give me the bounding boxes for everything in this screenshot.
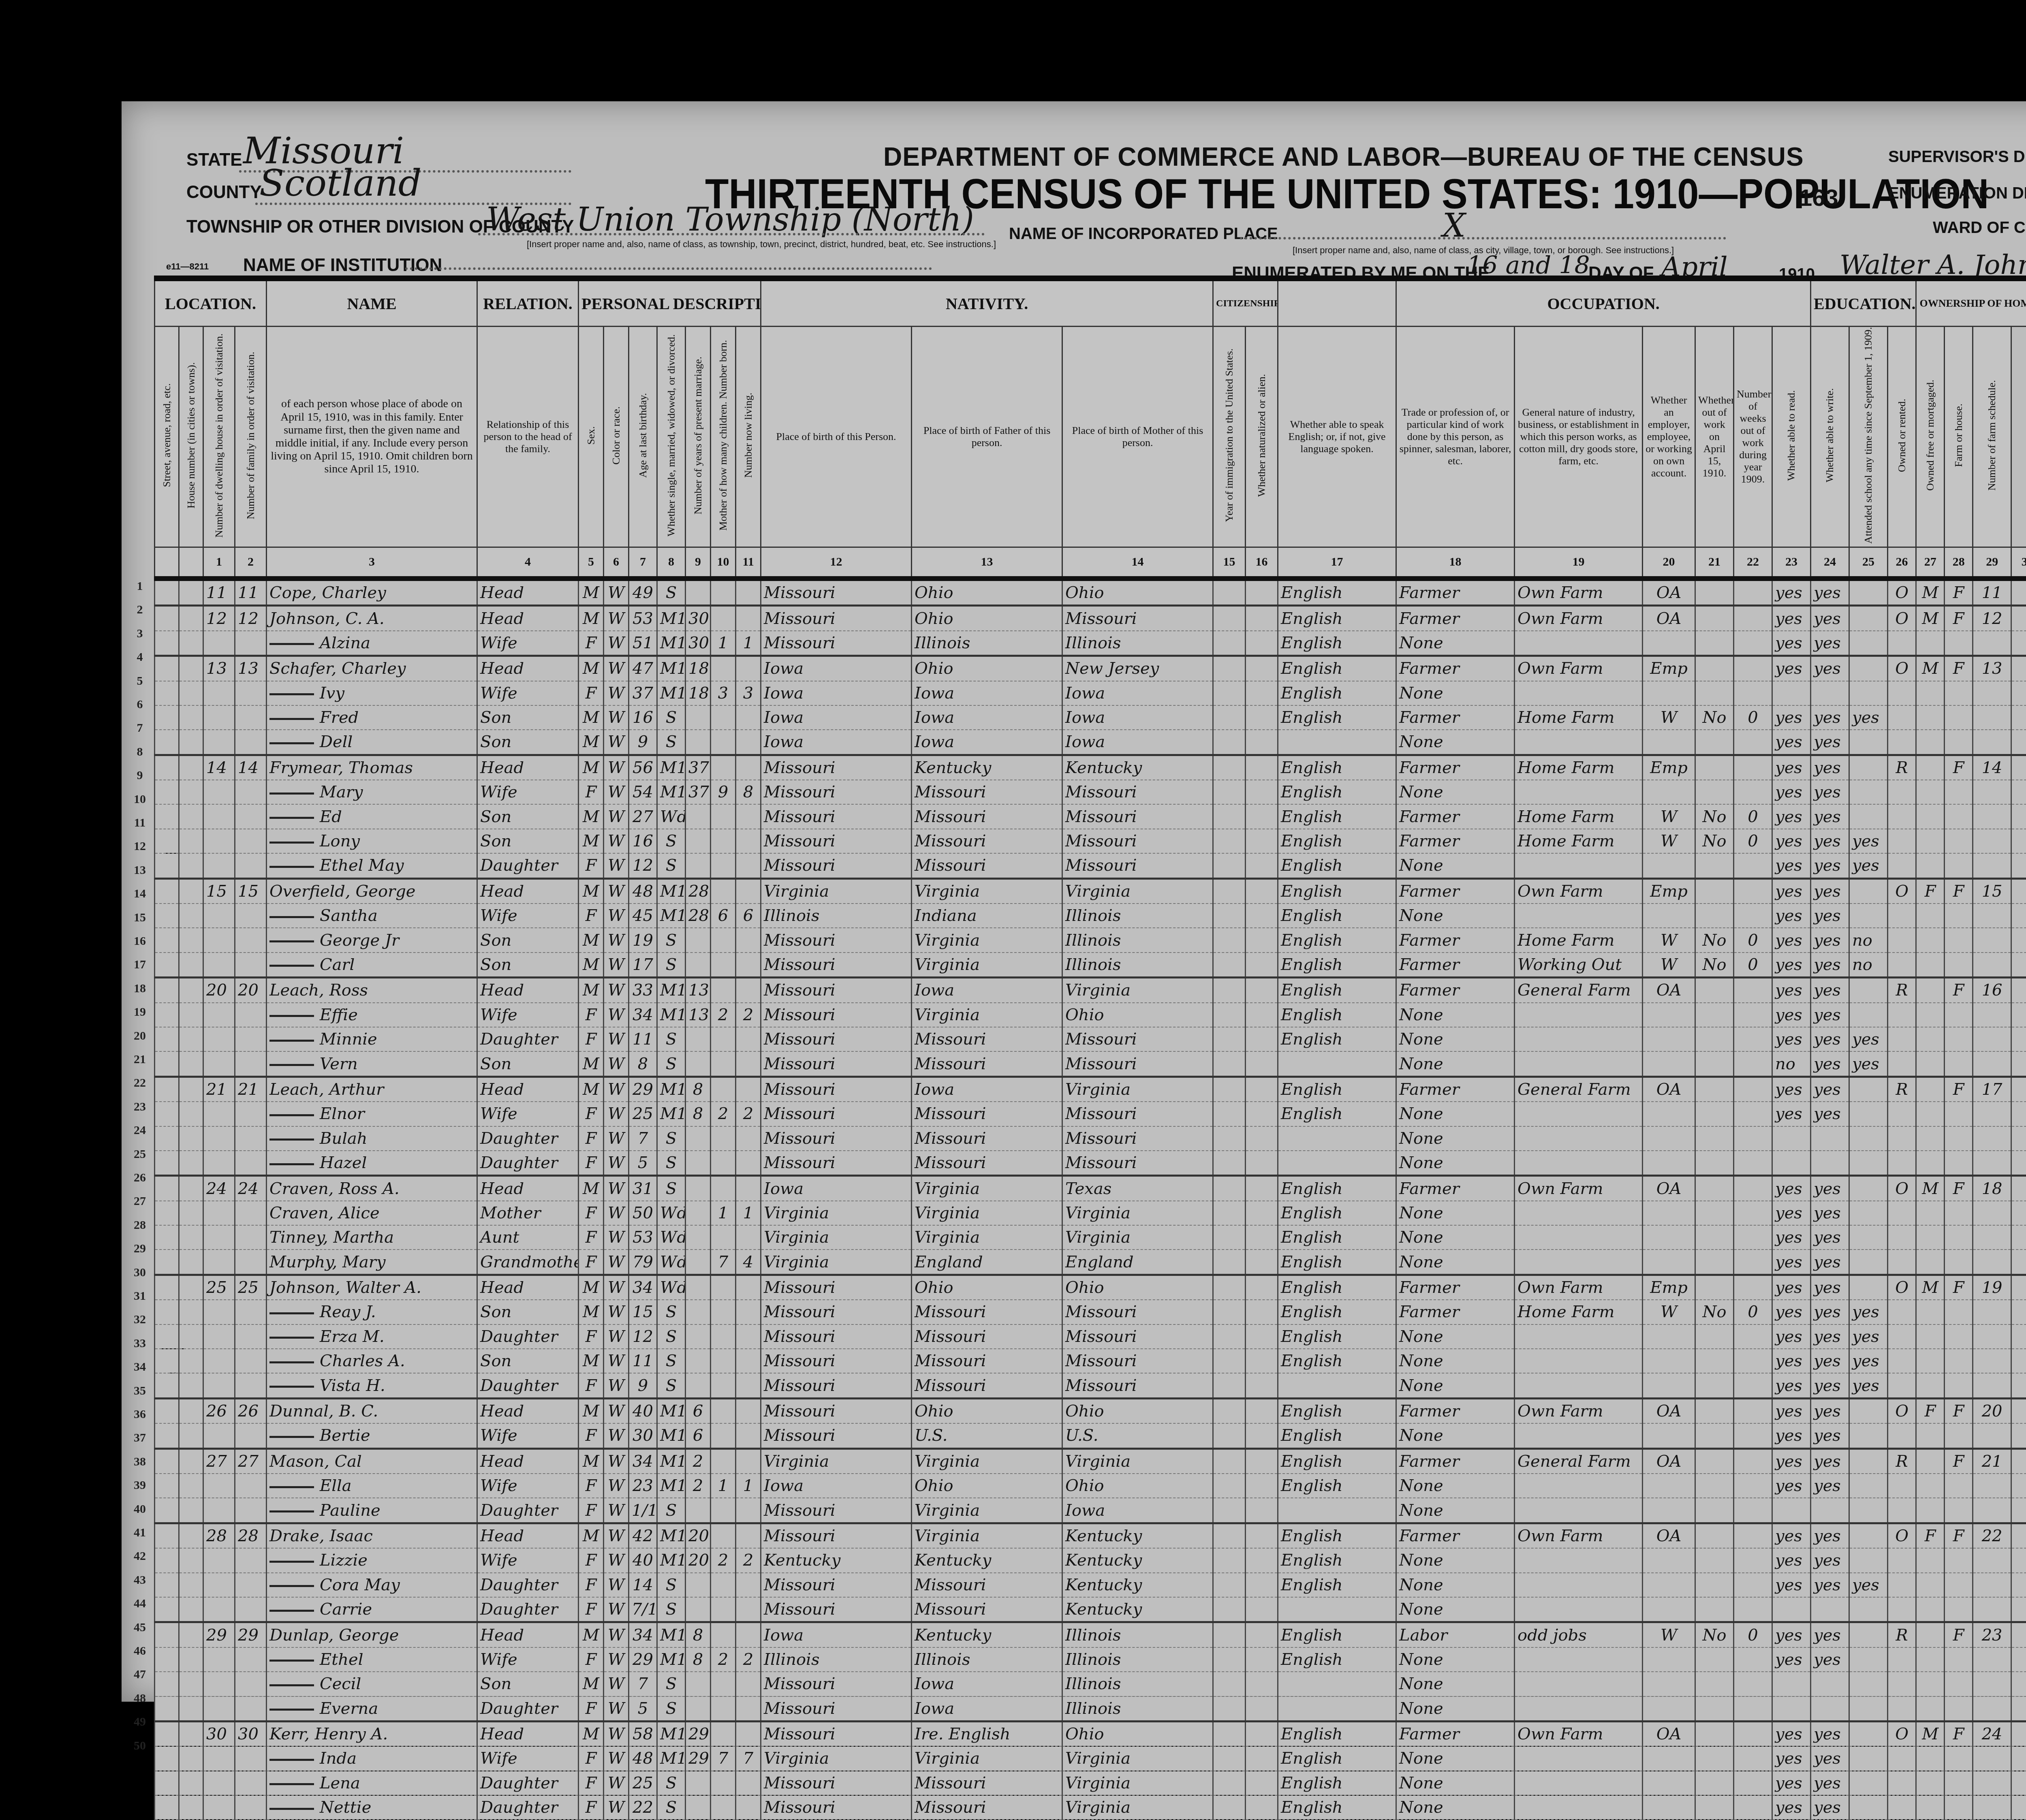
attended-school-cell [1849, 579, 1888, 606]
industry-cell: General Farm [1515, 1077, 1643, 1102]
birthplace-cell: Illinois [761, 904, 912, 928]
attended-school-cell: no [1849, 953, 1888, 978]
column-number-row: 1234567891011121314151617181920212223242… [155, 547, 2026, 579]
race-cell: W [604, 1448, 629, 1474]
marriage-years-cell: 20 [686, 1548, 711, 1572]
person-name-cell: Drake, Isaac [267, 1523, 477, 1548]
age-cell: 54 [629, 780, 657, 804]
sex-cell: F [579, 1027, 604, 1051]
can-read-cell: yes [1772, 606, 1811, 631]
marital-status-cell: M1 [657, 606, 686, 631]
column-number: 16 [1246, 547, 1278, 579]
marriage-years-cell [686, 1672, 711, 1696]
veteran-cell [2011, 829, 2026, 853]
naturalized-cell [1246, 1548, 1278, 1572]
employment-class-cell [1643, 1423, 1695, 1448]
marriage-years-cell [686, 1771, 711, 1773]
column-number: 24 [1811, 547, 1849, 579]
farm-schedule-cell [1973, 1003, 2011, 1027]
veteran-cell [2011, 631, 2026, 656]
farm-house-cell [1945, 853, 1973, 878]
given-name: Mary [320, 783, 363, 801]
line-number-left: 24 [128, 1124, 152, 1137]
house-number-cell [179, 853, 203, 878]
person-name-cell: Leach, Ross [267, 978, 477, 1003]
table-row: SanthaWifeFW45M12866IllinoisIndianaIllin… [155, 904, 2026, 928]
can-read-cell: yes [1772, 780, 1811, 804]
given-name: Ed [320, 807, 342, 826]
out-of-work-cell [1695, 1771, 1734, 1773]
father-birthplace-cell: Ire. English [912, 1721, 1062, 1746]
children-living-cell [736, 705, 761, 730]
veteran-cell [2011, 1051, 2026, 1077]
immigration-year-cell [1213, 1622, 1246, 1647]
attended-school-cell: yes [1849, 1051, 1888, 1077]
table-row: EthelWifeFW29M1822IllinoisIllinoisIllino… [155, 1647, 2026, 1672]
employment-class-cell [1643, 1102, 1695, 1126]
marriage-years-cell [686, 1250, 711, 1275]
age-cell: 49 [629, 579, 657, 606]
person-name-cell: Lizzie [267, 1548, 477, 1572]
group-citizenship: CITIZENSHIP. [1213, 278, 1278, 327]
person-name-cell: Frymear, Thomas [267, 755, 477, 780]
header-immigration: Year of immigration to the United States… [1213, 327, 1246, 547]
marriage-years-cell [686, 1027, 711, 1051]
weeks-out-cell [1734, 1126, 1772, 1151]
employment-class-cell: OA [1643, 1721, 1695, 1746]
header-pob-mother: Place of birth of Mother of this person. [1062, 327, 1213, 547]
naturalized-cell [1246, 1250, 1278, 1275]
age-cell: 7 [629, 1126, 657, 1151]
marriage-years-cell [686, 1201, 711, 1225]
out-of-work-cell [1695, 1027, 1734, 1051]
employment-class-cell [1643, 780, 1695, 804]
line-number-left: 20 [128, 1029, 152, 1043]
naturalized-cell [1246, 1771, 1278, 1773]
birthplace-cell: Missouri [761, 953, 912, 978]
can-read-cell: yes [1772, 1027, 1811, 1051]
weeks-out-cell [1734, 1448, 1772, 1474]
trade-cell: Farmer [1396, 953, 1515, 978]
column-number: 28 [1945, 547, 1973, 579]
relation-cell: Wife [477, 1548, 579, 1572]
veteran-cell [2011, 1349, 2026, 1373]
mother-birthplace-cell: Ohio [1062, 1003, 1213, 1027]
table-row: 2020Leach, RossHeadMW33M113MissouriIowaV… [155, 978, 2026, 1003]
trade-cell: None [1396, 631, 1515, 656]
immigration-year-cell [1213, 1448, 1246, 1474]
line-number-left: 21 [128, 1053, 152, 1066]
dwelling-number-cell: 28 [203, 1523, 235, 1548]
children-living-cell [736, 1622, 761, 1647]
age-cell: 7/12 [629, 1597, 657, 1622]
ward-label: WARD OF CITY [1933, 219, 2026, 237]
ditto-dash [269, 1064, 314, 1066]
given-name: Cora May [320, 1576, 400, 1594]
can-read-cell: yes [1772, 1622, 1811, 1647]
farm-schedule-cell: 14 [1973, 755, 2011, 780]
veteran-cell [2011, 1448, 2026, 1474]
given-name: Vern [320, 1055, 358, 1073]
house-number-cell [179, 1696, 203, 1722]
weeks-out-cell [1734, 1597, 1772, 1622]
street-cell [155, 853, 179, 878]
can-write-cell: yes [1811, 1373, 1849, 1398]
line-number-left: 34 [128, 1360, 152, 1374]
can-read-cell: yes [1772, 755, 1811, 780]
veteran-cell [2011, 1573, 2026, 1597]
farm-house-cell: F [1945, 579, 1973, 606]
house-number-cell [179, 1373, 203, 1398]
sex-cell: F [579, 1225, 604, 1250]
immigration-year-cell [1213, 656, 1246, 681]
trade-cell: None [1396, 1696, 1515, 1722]
speaks-english-cell: English [1278, 579, 1396, 606]
ditto-dash [269, 1585, 314, 1587]
age-cell: 17 [629, 953, 657, 978]
speaks-english-cell: English [1278, 705, 1396, 730]
can-read-cell: yes [1772, 1398, 1811, 1423]
trade-cell: None [1396, 1003, 1515, 1027]
out-of-work-cell [1695, 1250, 1734, 1275]
relation-cell: Head [477, 1077, 579, 1102]
naturalized-cell [1246, 1126, 1278, 1151]
free-mortgaged-cell: M [1916, 606, 1945, 631]
sex-cell: M [579, 656, 604, 681]
person-name-cell: Mary [267, 780, 477, 804]
relation-cell: Head [477, 878, 579, 904]
children-living-cell: 1 [736, 1474, 761, 1498]
can-write-cell [1811, 1126, 1849, 1151]
children-born-cell [711, 953, 736, 978]
race-cell: W [604, 1300, 629, 1324]
age-cell: 34 [629, 1003, 657, 1027]
children-born-cell: 7 [711, 1250, 736, 1275]
can-read-cell [1772, 1151, 1811, 1176]
given-name: Bertie [320, 1426, 370, 1445]
column-number: 27 [1916, 547, 1945, 579]
trade-cell: None [1396, 1027, 1515, 1051]
sex-cell: M [579, 606, 604, 631]
race-cell: W [604, 755, 629, 780]
age-cell: 40 [629, 1398, 657, 1423]
street-cell [155, 1647, 179, 1672]
relation-cell: Wife [477, 1474, 579, 1498]
age-cell: 25 [629, 1771, 657, 1773]
marriage-years-cell [686, 953, 711, 978]
race-cell: W [604, 579, 629, 606]
age-cell: 19 [629, 928, 657, 952]
farm-schedule-cell: 12 [1973, 606, 2011, 631]
age-cell: 9 [629, 1373, 657, 1398]
children-born-cell: 2 [711, 1647, 736, 1672]
industry-cell: Own Farm [1515, 606, 1643, 631]
race-cell: W [604, 1746, 629, 1771]
can-write-cell: yes [1811, 953, 1849, 978]
age-cell: 53 [629, 1225, 657, 1250]
race-cell: W [604, 1474, 629, 1498]
relation-cell: Daughter [477, 1696, 579, 1722]
owned-rented-cell [1888, 1373, 1916, 1398]
out-of-work-cell [1695, 1102, 1734, 1126]
speaks-english-cell [1278, 1597, 1396, 1622]
farm-house-cell [1945, 1548, 1973, 1572]
free-mortgaged-cell [1916, 1647, 1945, 1672]
marriage-years-cell: 30 [686, 631, 711, 656]
farm-schedule-cell: 17 [1973, 1077, 2011, 1102]
can-write-cell: yes [1811, 1474, 1849, 1498]
sex-cell: M [579, 1721, 604, 1746]
veteran-cell [2011, 1398, 2026, 1423]
birthplace-cell: Iowa [761, 681, 912, 705]
given-name: Pauline [320, 1501, 380, 1520]
veteran-cell [2011, 1647, 2026, 1672]
line-number-left: 13 [128, 863, 152, 877]
weeks-out-cell [1734, 1176, 1772, 1201]
mother-birthplace-cell: Iowa [1062, 730, 1213, 755]
marital-status-cell: S [657, 730, 686, 755]
can-read-cell [1772, 1672, 1811, 1696]
marital-status-cell: M1 [657, 780, 686, 804]
immigration-year-cell [1213, 606, 1246, 631]
farm-schedule-cell [1973, 904, 2011, 928]
street-cell [155, 1201, 179, 1225]
father-birthplace-cell: Iowa [912, 978, 1062, 1003]
immigration-year-cell [1213, 1300, 1246, 1324]
given-name: Everna [320, 1699, 378, 1718]
given-name: Lizzie [320, 1551, 368, 1570]
given-name: Lony [320, 832, 360, 850]
weeks-out-cell [1734, 656, 1772, 681]
immigration-year-cell [1213, 1176, 1246, 1201]
weeks-out-cell [1734, 1151, 1772, 1176]
attended-school-cell [1849, 1225, 1888, 1250]
speaks-english-cell: English [1278, 878, 1396, 904]
line-number-left: 6 [128, 698, 152, 711]
free-mortgaged-cell [1916, 1622, 1945, 1647]
marital-status-cell: Wd [657, 1201, 686, 1225]
trade-cell: Farmer [1396, 829, 1515, 853]
free-mortgaged-cell: M [1916, 1275, 1945, 1300]
table-row: DellSonMW9SIowaIowaIowaNoneyesyes [155, 730, 2026, 755]
relation-cell: Head [477, 978, 579, 1003]
farm-schedule-cell [1973, 1324, 2011, 1349]
line-number-left: 8 [128, 745, 152, 759]
naturalized-cell [1246, 1696, 1278, 1722]
age-cell: 58 [629, 1721, 657, 1746]
house-number-cell [179, 1672, 203, 1696]
age-cell: 14 [629, 1573, 657, 1597]
street-cell [155, 1051, 179, 1077]
naturalized-cell [1246, 681, 1278, 705]
speaks-english-cell [1278, 730, 1396, 755]
marital-status-cell: S [657, 1373, 686, 1398]
can-write-cell: yes [1811, 705, 1849, 730]
can-write-cell: yes [1811, 579, 1849, 606]
birthplace-cell: Missouri [761, 1077, 912, 1102]
naturalized-cell [1246, 1398, 1278, 1423]
birthplace-cell: Virginia [761, 1250, 912, 1275]
race-cell: W [604, 656, 629, 681]
out-of-work-cell [1695, 1003, 1734, 1027]
street-cell [155, 829, 179, 853]
veteran-cell [2011, 804, 2026, 829]
house-number-cell [179, 1448, 203, 1474]
farm-house-cell: F [1945, 755, 1973, 780]
marital-status-cell: S [657, 953, 686, 978]
family-number-cell [235, 1027, 267, 1051]
relation-cell: Head [477, 656, 579, 681]
owned-rented-cell [1888, 1225, 1916, 1250]
employment-class-cell [1643, 1051, 1695, 1077]
free-mortgaged-cell [1916, 1225, 1945, 1250]
marriage-years-cell [686, 853, 711, 878]
mother-birthplace-cell: Illinois [1062, 904, 1213, 928]
ditto-dash [269, 842, 314, 844]
veteran-cell [2011, 1746, 2026, 1771]
veteran-cell [2011, 681, 2026, 705]
speaks-english-cell: English [1278, 1474, 1396, 1498]
mother-birthplace-cell: Ohio [1062, 1721, 1213, 1746]
out-of-work-cell [1695, 904, 1734, 928]
farm-schedule-cell [1973, 829, 2011, 853]
dwelling-number-cell [203, 1151, 235, 1176]
marriage-years-cell [686, 1373, 711, 1398]
marital-status-cell: M1 [657, 1077, 686, 1102]
farm-schedule-cell [1973, 1696, 2011, 1722]
person-name-cell: Johnson, C. A. [267, 606, 477, 631]
age-cell: 34 [629, 1448, 657, 1474]
weeks-out-cell [1734, 1250, 1772, 1275]
marital-status-cell: M1 [657, 681, 686, 705]
house-number-cell [179, 1250, 203, 1275]
street-cell [155, 1003, 179, 1027]
given-name: Santha [320, 906, 378, 925]
race-cell: W [604, 1498, 629, 1523]
family-number-cell: 11 [235, 579, 267, 606]
race-cell: W [604, 953, 629, 978]
marital-status-cell: S [657, 1151, 686, 1176]
table-row: Murphy, MaryGrandmotherFW79Wd74VirginiaE… [155, 1250, 2026, 1275]
sex-cell: F [579, 1696, 604, 1722]
house-number-cell [179, 1474, 203, 1498]
employment-class-cell [1643, 1548, 1695, 1572]
marital-status-cell: M1 [657, 1647, 686, 1672]
weeks-out-cell [1734, 1647, 1772, 1672]
marriage-years-cell: 2 [686, 1448, 711, 1474]
ditto-dash [269, 718, 314, 720]
relation-cell: Daughter [477, 853, 579, 878]
family-number-cell: 20 [235, 978, 267, 1003]
naturalized-cell [1246, 1027, 1278, 1051]
relation-cell: Wife [477, 1746, 579, 1771]
attended-school-cell: yes [1849, 1027, 1888, 1051]
free-mortgaged-cell [1916, 1696, 1945, 1722]
farm-schedule-cell [1973, 1573, 2011, 1597]
marital-status-cell: S [657, 829, 686, 853]
owned-rented-cell: O [1888, 1721, 1916, 1746]
children-living-cell: 7 [736, 1746, 761, 1771]
children-born-cell [711, 804, 736, 829]
farm-schedule-cell [1973, 1597, 2011, 1622]
farm-house-cell [1945, 1573, 1973, 1597]
industry-cell [1515, 1102, 1643, 1126]
person-name-cell: Fred [267, 705, 477, 730]
farm-house-cell [1945, 1102, 1973, 1126]
street-cell [155, 1474, 179, 1498]
marriage-years-cell [686, 1324, 711, 1349]
can-write-cell: yes [1811, 978, 1849, 1003]
family-number-cell [235, 1573, 267, 1597]
family-number-cell [235, 681, 267, 705]
free-mortgaged-cell [1916, 1324, 1945, 1349]
line-number-left: 36 [128, 1408, 152, 1421]
children-born-cell [711, 1672, 736, 1696]
table-row: 2121Leach, ArthurHeadMW29M18MissouriIowa… [155, 1077, 2026, 1102]
can-write-cell: yes [1811, 1027, 1849, 1051]
weeks-out-cell [1734, 1077, 1772, 1102]
trade-cell: Farmer [1396, 804, 1515, 829]
person-name-cell: Dell [267, 730, 477, 755]
out-of-work-cell: No [1695, 705, 1734, 730]
employment-class-cell [1643, 1672, 1695, 1696]
industry-cell: Home Farm [1515, 755, 1643, 780]
speaks-english-cell: English [1278, 978, 1396, 1003]
speaks-english-cell: English [1278, 1573, 1396, 1597]
industry-cell: Own Farm [1515, 1398, 1643, 1423]
birthplace-cell: Illinois [761, 1647, 912, 1672]
family-number-cell: 27 [235, 1448, 267, 1474]
free-mortgaged-cell [1916, 681, 1945, 705]
column-number: 21 [1695, 547, 1734, 579]
father-birthplace-cell: Ohio [912, 579, 1062, 606]
industry-cell [1515, 1126, 1643, 1151]
table-row: LonySonMW16SMissouriMissouriMissouriEngl… [155, 829, 2026, 853]
mother-birthplace-cell: Illinois [1062, 928, 1213, 952]
dwelling-number-cell [203, 730, 235, 755]
industry-cell [1515, 1250, 1643, 1275]
farm-schedule-cell [1973, 1474, 2011, 1498]
dwelling-number-cell [203, 1373, 235, 1398]
children-living-cell [736, 1523, 761, 1548]
children-living-cell: 1 [736, 631, 761, 656]
dwelling-number-cell [203, 1027, 235, 1051]
family-number-cell [235, 1324, 267, 1349]
trade-cell: None [1396, 1746, 1515, 1771]
trade-cell: None [1396, 1324, 1515, 1349]
marital-status-cell: M1 [657, 878, 686, 904]
race-cell: W [604, 928, 629, 952]
race-cell: W [604, 1102, 629, 1126]
sex-cell: M [579, 829, 604, 853]
free-mortgaged-cell: F [1916, 1523, 1945, 1548]
street-cell [155, 1151, 179, 1176]
birthplace-cell: Missouri [761, 804, 912, 829]
can-read-cell: yes [1772, 1300, 1811, 1324]
street-cell [155, 1423, 179, 1448]
free-mortgaged-cell [1916, 1201, 1945, 1225]
column-number: 26 [1888, 547, 1916, 579]
owned-rented-cell [1888, 1474, 1916, 1498]
house-number-cell [179, 606, 203, 631]
out-of-work-cell [1695, 1176, 1734, 1201]
attended-school-cell [1849, 1523, 1888, 1548]
immigration-year-cell [1213, 1548, 1246, 1572]
out-of-work-cell: No [1695, 928, 1734, 952]
weeks-out-cell [1734, 1573, 1772, 1597]
birthplace-cell: Missouri [761, 1126, 912, 1151]
age-cell: 8 [629, 1051, 657, 1077]
